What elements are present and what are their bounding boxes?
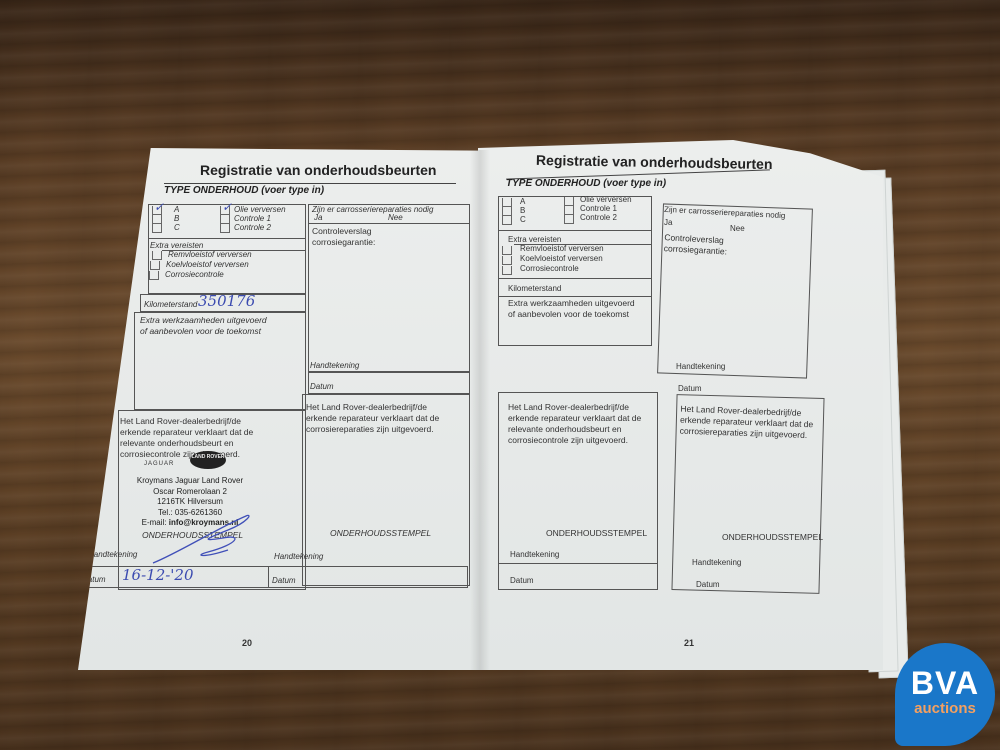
body-statement: Het Land Rover-dealerbedrijf/de erkende … bbox=[679, 404, 815, 442]
no-label: Nee bbox=[730, 224, 745, 233]
corrosion-report-label: Controleverslag corrosiegarantie: bbox=[663, 232, 734, 258]
mileage-label: Kilometerstand bbox=[508, 284, 561, 293]
extra-requirements-label: Extra vereisten bbox=[150, 241, 203, 250]
check1-checkbox[interactable] bbox=[564, 206, 574, 215]
type-a-checkbox[interactable] bbox=[502, 198, 512, 207]
corrosion-check-checkbox[interactable] bbox=[502, 266, 512, 275]
brake-fluid-label: Remvloeistof verversen bbox=[168, 250, 252, 259]
coolant-label: Koelvloeistof verversen bbox=[520, 254, 603, 263]
jaguar-logo: JAGUAR bbox=[144, 461, 174, 467]
handwritten-signature bbox=[148, 508, 258, 568]
type-b-checkbox[interactable] bbox=[502, 207, 512, 216]
right-page: Registratie van onderhoudsbeurten TYPE O… bbox=[478, 140, 883, 670]
body-repair-question: Zijn er carrosseriereparaties nodig bbox=[312, 205, 433, 214]
page-number-left: 20 bbox=[242, 638, 252, 648]
type-b-checkbox[interactable] bbox=[152, 215, 162, 224]
extra-work-label: Extra werkzaamheden uitgevoerd of aanbev… bbox=[508, 298, 638, 320]
date-field-3[interactable] bbox=[268, 566, 468, 588]
service-statement: Het Land Rover-dealerbedrijf/de erkende … bbox=[508, 402, 648, 446]
booklet-spine bbox=[470, 150, 490, 670]
brake-fluid-checkbox[interactable] bbox=[152, 251, 162, 260]
check2-label: Controle 2 bbox=[580, 213, 617, 222]
type-c-checkbox[interactable] bbox=[152, 224, 162, 233]
corrosion-check-label: Corrosiecontrole bbox=[165, 270, 224, 279]
type-b-label: B bbox=[520, 206, 525, 215]
checkmark-type-a: ✓ bbox=[154, 200, 164, 214]
signature-label-2: Handtekening bbox=[310, 361, 359, 370]
date-label-2: Datum bbox=[678, 384, 702, 393]
signature-label-3: Handtekening bbox=[274, 552, 323, 561]
yes-label: Ja bbox=[314, 213, 322, 222]
extra-work-label: Extra werkzaamheden uitgevoerd of aanbev… bbox=[140, 315, 270, 337]
type-b-label: B bbox=[174, 214, 179, 223]
check1-label: Controle 1 bbox=[580, 204, 617, 213]
corrosion-check-label: Corrosiecontrole bbox=[520, 264, 579, 273]
page-title: Registratie van onderhoudsbeurten bbox=[200, 162, 436, 178]
brake-fluid-checkbox[interactable] bbox=[502, 246, 512, 255]
brake-fluid-label: Remvloeistof verversen bbox=[520, 244, 604, 253]
land-rover-logo: LAND ROVER bbox=[190, 451, 226, 469]
check1-label: Controle 1 bbox=[234, 214, 271, 223]
no-label: Nee bbox=[388, 213, 403, 222]
title-rule bbox=[164, 183, 456, 184]
stamp-label-2: ONDERHOUDSSTEMPEL bbox=[330, 528, 431, 538]
check1-checkbox[interactable] bbox=[220, 215, 230, 224]
page-title: Registratie van onderhoudsbeurten bbox=[536, 152, 773, 172]
signature-label-3: Handtekening bbox=[692, 558, 741, 567]
dealer-name: Kroymans Jaguar Land Rover bbox=[130, 476, 250, 487]
bva-brand: BVA bbox=[895, 665, 995, 702]
type-a-label: A bbox=[520, 197, 525, 206]
checkmark-oil-change: ✓ bbox=[222, 200, 232, 214]
date-label-3: Datum bbox=[696, 580, 720, 589]
oil-change-label: Olie verversen bbox=[580, 195, 632, 204]
dealer-street: Oscar Romerolaan 2 bbox=[130, 487, 250, 498]
date-label-2: Datum bbox=[310, 382, 334, 391]
page-number-right: 21 bbox=[684, 638, 694, 648]
mileage-value: 350176 bbox=[198, 292, 255, 310]
coolant-label: Koelvloeistof verversen bbox=[166, 260, 249, 269]
bva-sub: auctions bbox=[895, 700, 995, 717]
bva-auctions-logo: BVA auctions bbox=[895, 643, 995, 746]
extra-requirements-label: Extra vereisten bbox=[508, 235, 561, 244]
mileage-label: Kilometerstand bbox=[144, 300, 197, 309]
check2-checkbox[interactable] bbox=[220, 224, 230, 233]
page-subtitle: TYPE ONDERHOUD (voer type in) bbox=[164, 185, 324, 196]
type-c-checkbox[interactable] bbox=[502, 216, 512, 225]
oil-change-label: Olie verversen bbox=[234, 205, 286, 214]
oil-change-checkbox[interactable] bbox=[564, 197, 574, 206]
signature-label: Handtekening bbox=[510, 550, 559, 559]
check2-label: Controle 2 bbox=[234, 223, 271, 232]
corrosion-check-checkbox[interactable] bbox=[149, 271, 159, 280]
corrosion-report-label: Controleverslag corrosiegarantie: bbox=[312, 226, 382, 248]
date-label: Datum bbox=[82, 575, 106, 584]
service-statement: Het Land Rover-dealerbedrijf/de erkende … bbox=[120, 416, 260, 460]
type-c-label: C bbox=[174, 223, 180, 232]
stamp-label: ONDERHOUDSSTEMPEL bbox=[546, 528, 647, 538]
type-c-label: C bbox=[520, 215, 526, 224]
signature-label: Handtekening bbox=[88, 550, 137, 559]
stamp-label-2: ONDERHOUDSSTEMPEL bbox=[722, 532, 823, 542]
date-label: Datum bbox=[510, 576, 534, 585]
body-statement: Het Land Rover-dealerbedrijf/de erkende … bbox=[306, 402, 446, 435]
page-subtitle: TYPE ONDERHOUD (voer type in) bbox=[506, 178, 666, 189]
signature-label-2: Handtekening bbox=[676, 362, 725, 371]
check2-checkbox[interactable] bbox=[564, 215, 574, 224]
date-value: 16-12-'20 bbox=[122, 566, 194, 584]
coolant-checkbox[interactable] bbox=[502, 256, 512, 265]
yes-label: Ja bbox=[664, 218, 672, 227]
dealer-city: 1216TK Hilversum bbox=[130, 497, 250, 508]
type-a-label: A bbox=[174, 205, 179, 214]
left-page: Registratie van onderhoudsbeurten TYPE O… bbox=[78, 148, 482, 670]
date-label-3: Datum bbox=[272, 576, 296, 585]
coolant-checkbox[interactable] bbox=[150, 261, 160, 270]
